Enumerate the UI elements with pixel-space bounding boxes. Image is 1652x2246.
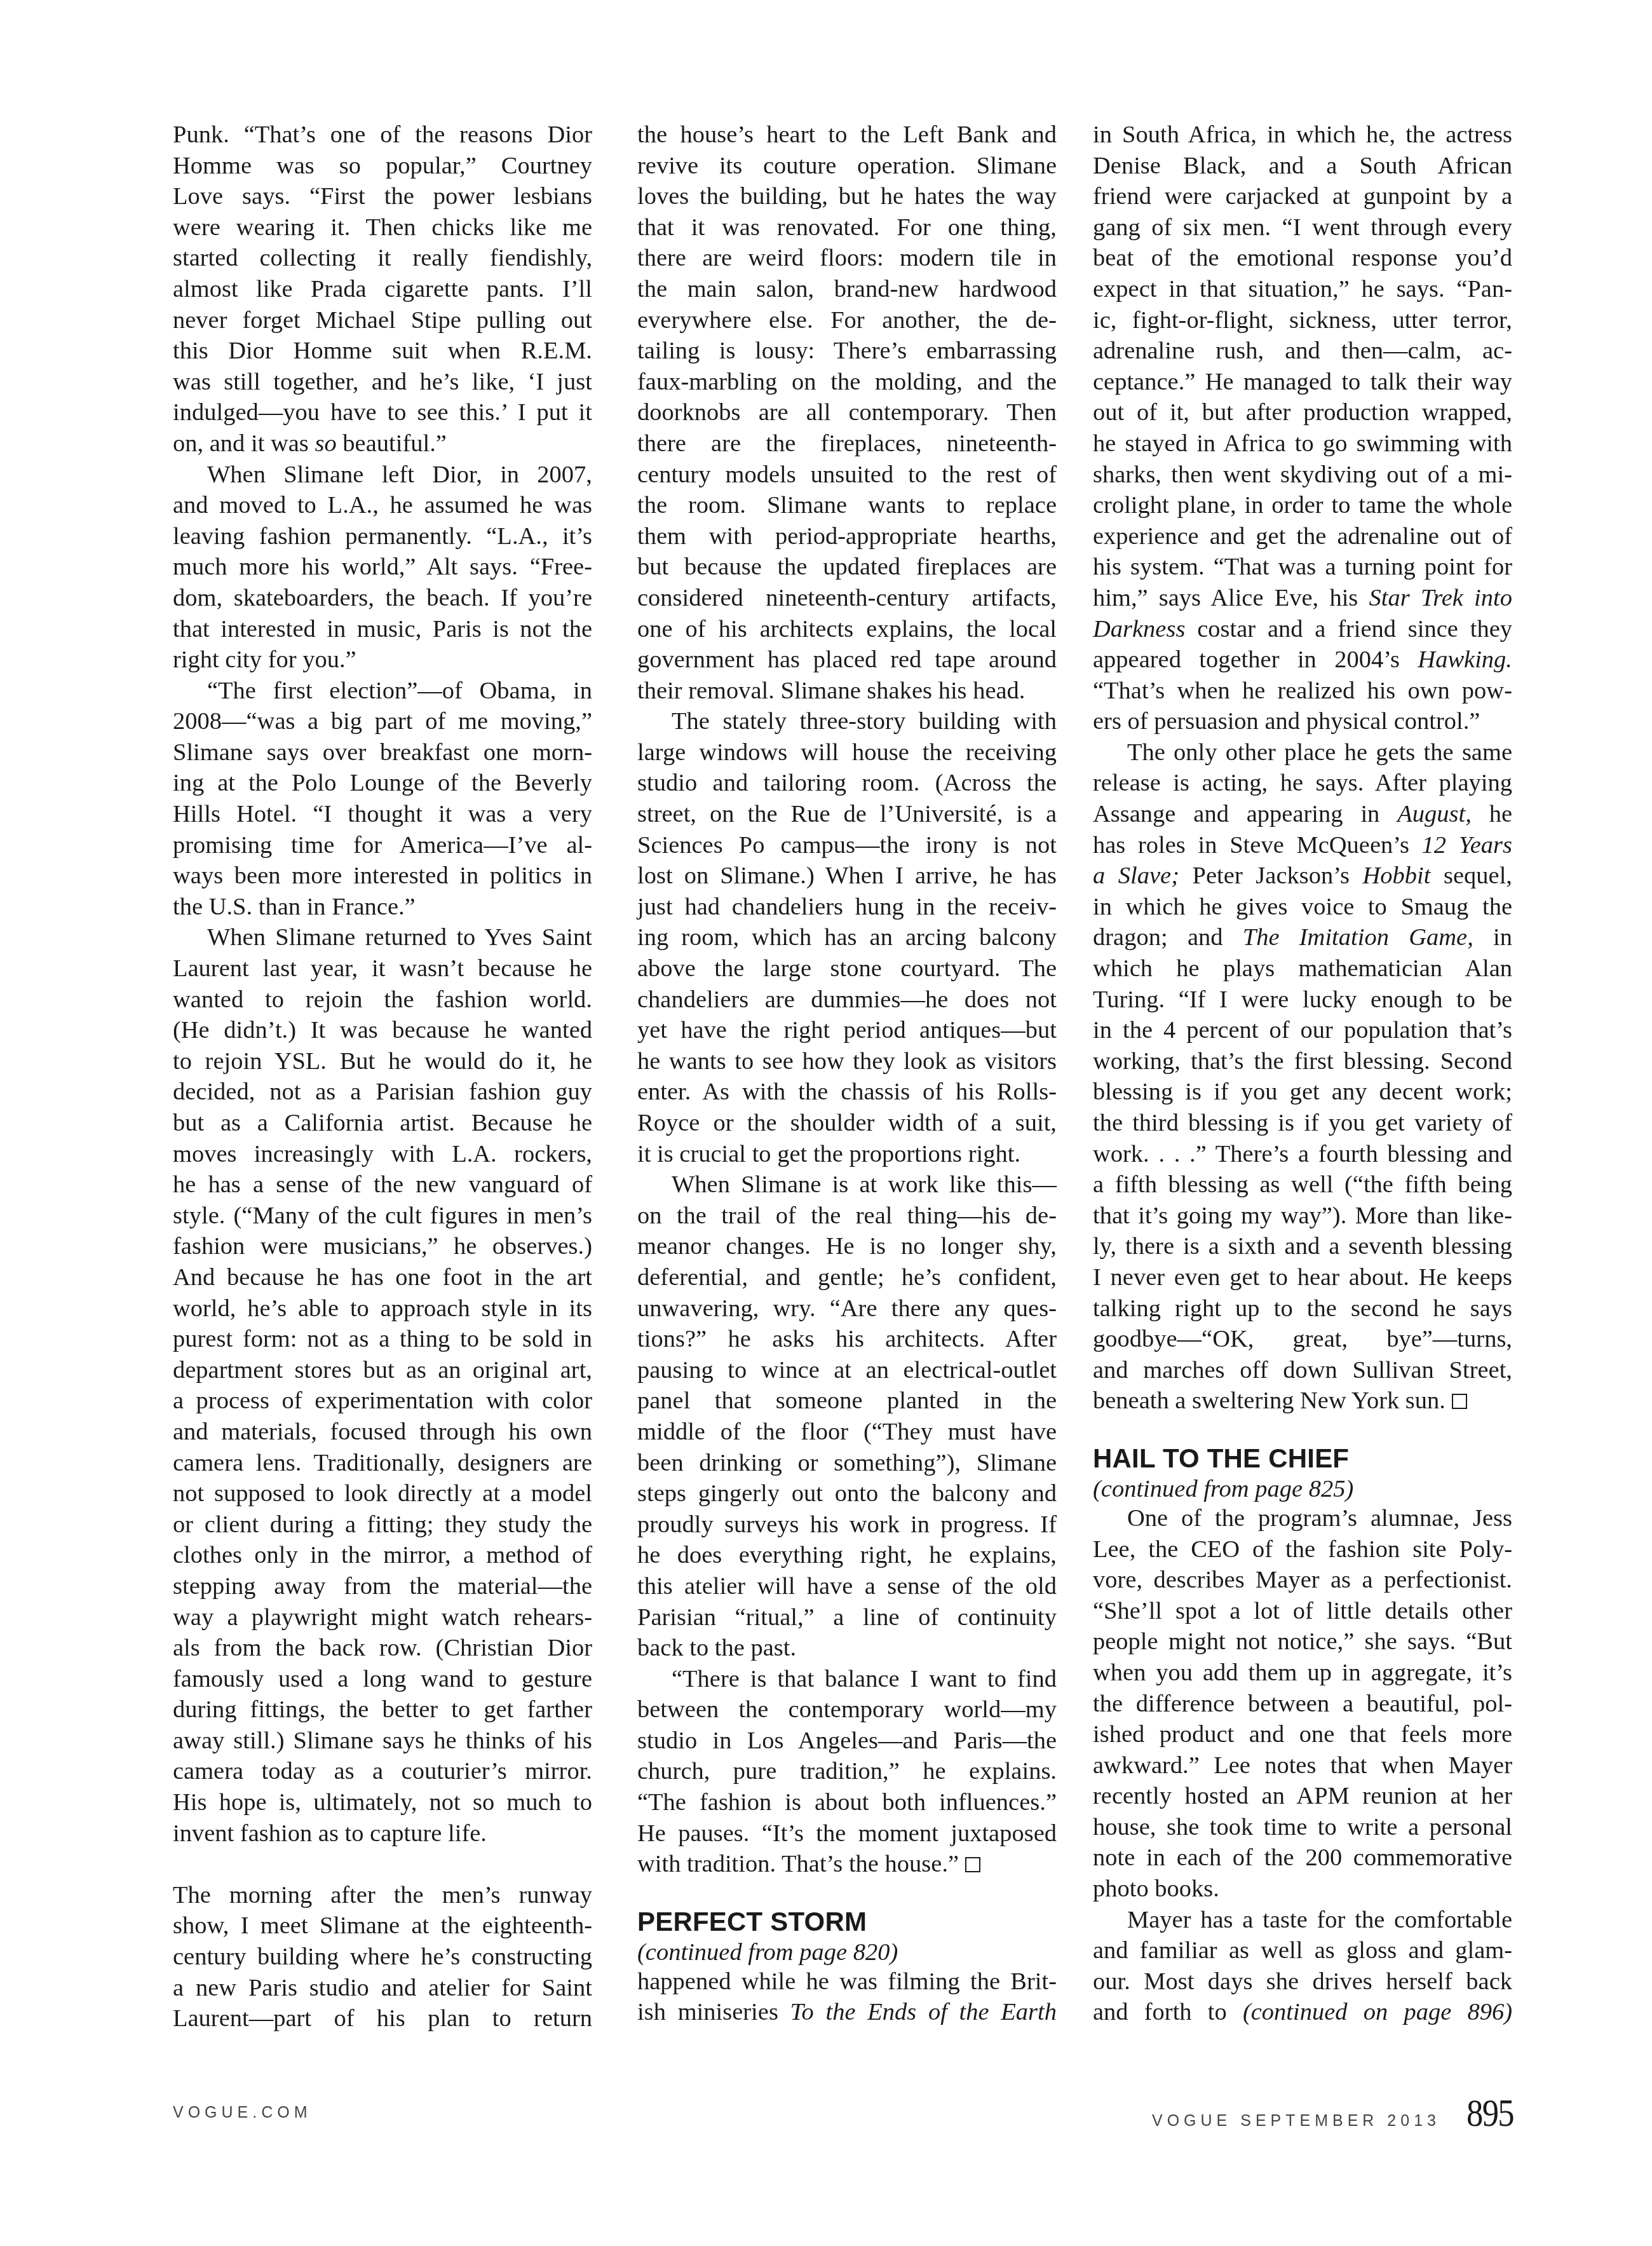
text-line: street, on the Rue de l’Université, is a bbox=[637, 799, 1057, 830]
text-line: lost on Slimane.) When I arrive, he has bbox=[637, 861, 1057, 892]
footer-folio: VOGUE SEPTEMBER 2013 895 bbox=[1152, 2091, 1513, 2136]
text-line: recently hosted an APM reunion at her bbox=[1093, 1781, 1512, 1812]
text-line: and marches off down Sullivan Street, bbox=[1093, 1355, 1512, 1386]
text-line: way a playwright might watch rehears- bbox=[173, 1602, 592, 1633]
text-line: started collecting it really fiendishly, bbox=[173, 243, 592, 274]
text-line: people might not notice,” she says. “But bbox=[1093, 1626, 1512, 1657]
text-line: loves the building, but he hates the way bbox=[637, 181, 1057, 212]
paragraph: happened while he was filming the Brit-i… bbox=[637, 1966, 1057, 2028]
text-line: on, and it was so beautiful.” bbox=[173, 428, 592, 459]
text-line: ing room, which has an arcing balcony bbox=[637, 922, 1057, 953]
text-line: Homme was so popular,” Courtney bbox=[173, 151, 592, 182]
text-line: right city for you.” bbox=[173, 644, 592, 676]
text-line: but because the updated fireplaces are bbox=[637, 552, 1057, 583]
text-line: Turing. “If I were lucky enough to be bbox=[1093, 984, 1512, 1016]
text-line: century models unsuited to the rest of bbox=[637, 459, 1057, 491]
text-line: “She’ll spot a lot of little details oth… bbox=[1093, 1596, 1512, 1627]
text-line: ers of persuasion and physical control.” bbox=[1093, 706, 1512, 737]
text-line: Royce or the shoulder width of a suit, bbox=[637, 1108, 1057, 1139]
text-line: much more his world,” Alt says. “Free- bbox=[173, 552, 592, 583]
text-line: he wants to see how they look as visitor… bbox=[637, 1046, 1057, 1077]
text-line: that it was renovated. For one thing, bbox=[637, 212, 1057, 243]
text-line: sharks, then went skydiving out of a mi- bbox=[1093, 459, 1512, 491]
text-line: photo books. bbox=[1093, 1874, 1512, 1905]
text-line: happened while he was filming the Brit- bbox=[637, 1966, 1057, 1998]
text-line: gang of six men. “I went through every bbox=[1093, 212, 1512, 243]
text-line: studio and tailoring room. (Across the bbox=[637, 768, 1057, 799]
text-line: and forth to (continued on page 896) bbox=[1093, 1997, 1512, 2028]
text-line: there are weird floors: modern tile in bbox=[637, 243, 1057, 274]
continued-from-note: (continued from page 825) bbox=[1093, 1475, 1512, 1503]
text-line: als from the back row. (Christian Dior bbox=[173, 1633, 592, 1664]
paragraph: Mayer has a taste for the comfortableand… bbox=[1093, 1905, 1512, 2028]
text-line: government has placed red tape around bbox=[637, 644, 1057, 676]
text-line: revive its couture operation. Slimane bbox=[637, 151, 1057, 182]
text-line: “That’s when he realized his own pow- bbox=[1093, 676, 1512, 707]
text-line: leaving fashion permanently. “L.A., it’s bbox=[173, 521, 592, 552]
text-line: and familiar as well as gloss and glam- bbox=[1093, 1935, 1512, 1966]
text-line: The only other place he gets the same bbox=[1093, 737, 1512, 768]
text-line: adrenaline rush, and then—calm, ac- bbox=[1093, 336, 1512, 367]
end-of-article-mark-icon bbox=[965, 1857, 980, 1872]
text-line: not supposed to look directly at a model bbox=[173, 1478, 592, 1509]
text-line: the U.S. than in France.” bbox=[173, 892, 592, 923]
text-line: When Slimane returned to Yves Saint bbox=[173, 922, 592, 953]
text-line: ished product and one that feels more bbox=[1093, 1719, 1512, 1750]
text-line: Lee, the CEO of the fashion site Poly- bbox=[1093, 1534, 1512, 1565]
text-line: enter. As with the chassis of his Rolls- bbox=[637, 1077, 1057, 1108]
text-line: doorknobs are all contemporary. Then bbox=[637, 397, 1057, 428]
text-line: goodbye—“OK, great, bye”—turns, bbox=[1093, 1324, 1512, 1355]
text-line: fashion were musicians,” he observes.) bbox=[173, 1231, 592, 1262]
paragraph: the house’s heart to the Left Bank andre… bbox=[637, 119, 1057, 706]
section-heading: HAIL TO THE CHIEF bbox=[1093, 1442, 1512, 1475]
text-line: beat of the emotional response you’d bbox=[1093, 243, 1512, 274]
text-line: His hope is, ultimately, not so much to bbox=[173, 1787, 592, 1818]
text-line: it is crucial to get the proportions rig… bbox=[637, 1139, 1057, 1170]
text-line: (He didn’t.) It was because he wanted bbox=[173, 1015, 592, 1046]
page-number: 895 bbox=[1466, 2091, 1513, 2136]
text-line: but as a California artist. Because he bbox=[173, 1108, 592, 1139]
text-line: release is acting, he says. After playin… bbox=[1093, 768, 1512, 799]
text-line: purest form: not as a thing to be sold i… bbox=[173, 1324, 592, 1355]
text-line: unwavering, wry. “Are there any ques- bbox=[637, 1293, 1057, 1324]
text-line: ways been more interested in politics in bbox=[173, 861, 592, 892]
text-line: note in each of the 200 commemorative bbox=[1093, 1842, 1512, 1874]
text-line: a new Paris studio and atelier for Saint bbox=[173, 1973, 592, 2004]
text-line: has roles in Steve McQueen’s 12 Years bbox=[1093, 830, 1512, 861]
text-line: almost like Prada cigarette pants. I’ll bbox=[173, 274, 592, 305]
text-line: century building where he’s constructing bbox=[173, 1942, 592, 1973]
text-line: a fifth blessing as well (“the fifth bei… bbox=[1093, 1169, 1512, 1201]
paragraph: in South Africa, in which he, the actres… bbox=[1093, 119, 1512, 737]
paragraph: The only other place he gets the samerel… bbox=[1093, 737, 1512, 1417]
text-line: he has a sense of the new vanguard of bbox=[173, 1169, 592, 1201]
paragraph: “There is that balance I want to findbet… bbox=[637, 1664, 1057, 1880]
text-line: When Slimane left Dior, in 2007, bbox=[173, 459, 592, 491]
text-line: back to the past. bbox=[637, 1633, 1057, 1664]
text-line: middle of the floor (“They must have bbox=[637, 1417, 1057, 1448]
text-line: promising time for America—I’ve al- bbox=[173, 830, 592, 861]
continued-from-note: (continued from page 820) bbox=[637, 1938, 1057, 1966]
text-line: our. Most days she drives herself back bbox=[1093, 1966, 1512, 1998]
magazine-page: Punk. “That’s one of the reasons DiorHom… bbox=[0, 0, 1652, 2246]
text-line: above the large stone courtyard. The bbox=[637, 953, 1057, 984]
text-line: Punk. “That’s one of the reasons Dior bbox=[173, 119, 592, 151]
article-column-2: the house’s heart to the Left Bank andre… bbox=[637, 119, 1057, 2028]
text-line: Assange and appearing in August, he bbox=[1093, 799, 1512, 830]
text-line: when you add them up in aggregate, it’s bbox=[1093, 1657, 1512, 1689]
text-line: dragon; and The Imitation Game, in bbox=[1093, 922, 1512, 953]
footer-issue-date: VOGUE SEPTEMBER 2013 bbox=[1152, 2112, 1440, 2130]
text-line: decided, not as a Parisian fashion guy bbox=[173, 1077, 592, 1108]
text-line: stepping away from the material—the bbox=[173, 1571, 592, 1602]
text-line: everywhere else. For another, the de- bbox=[637, 305, 1057, 336]
text-line: in which he gives voice to Smaug the bbox=[1093, 892, 1512, 923]
text-line: in the 4 percent of our population that’… bbox=[1093, 1015, 1512, 1046]
text-line: this atelier will have a sense of the ol… bbox=[637, 1571, 1057, 1602]
text-line: the difference between a beautiful, pol- bbox=[1093, 1689, 1512, 1720]
text-line: he stayed in Africa to go swimming with bbox=[1093, 428, 1512, 459]
text-line: “The fashion is about both influences.” bbox=[637, 1787, 1057, 1818]
text-line: that interested in music, Paris is not t… bbox=[173, 614, 592, 645]
section-heading: PERFECT STORM bbox=[637, 1905, 1057, 1938]
text-line: moves increasingly with L.A. rockers, bbox=[173, 1139, 592, 1170]
text-line: chandeliers are dummies—he does not bbox=[637, 984, 1057, 1016]
text-line: in South Africa, in which he, the actres… bbox=[1093, 119, 1512, 151]
text-line: the main salon, brand-new hardwood bbox=[637, 274, 1057, 305]
text-line: on the trail of the real thing—his de- bbox=[637, 1201, 1057, 1232]
paragraph: The stately three-story building withlar… bbox=[637, 706, 1057, 1169]
text-line: considered nineteenth-century artifacts, bbox=[637, 583, 1057, 614]
text-line: his system. “That was a turning point fo… bbox=[1093, 552, 1512, 583]
text-line: church, pure tradition,” he explains. bbox=[637, 1756, 1057, 1787]
paragraph: The morning after the men’s runwayshow, … bbox=[173, 1880, 592, 2034]
text-line: large windows will house the receiving bbox=[637, 737, 1057, 768]
text-line: world, he’s able to approach style in it… bbox=[173, 1293, 592, 1324]
text-line: one of his architects explains, the loca… bbox=[637, 614, 1057, 645]
text-line: him,” says Alice Eve, his Star Trek into bbox=[1093, 583, 1512, 614]
text-line: wanted to rejoin the fashion world. bbox=[173, 984, 592, 1016]
text-line: the house’s heart to the Left Bank and bbox=[637, 119, 1057, 151]
end-of-article-mark-icon bbox=[1452, 1394, 1467, 1409]
footer-website: VOGUE.COM bbox=[173, 2104, 312, 2122]
text-line: friend were carjacked at gunpoint by a bbox=[1093, 181, 1512, 212]
text-line: awkward.” Lee notes that when Mayer bbox=[1093, 1750, 1512, 1781]
text-line: the room. Slimane wants to replace bbox=[637, 490, 1057, 521]
text-line: vore, describes Mayer as a perfectionist… bbox=[1093, 1565, 1512, 1596]
text-line: with tradition. That’s the house.” bbox=[637, 1849, 1057, 1880]
text-line: or client during a fitting; they study t… bbox=[173, 1509, 592, 1541]
text-line: pausing to wince at an electrical-outlet bbox=[637, 1355, 1057, 1386]
text-line: work. . . .” There’s a fourth blessing a… bbox=[1093, 1139, 1512, 1170]
text-line: working, that’s the first blessing. Seco… bbox=[1093, 1046, 1512, 1077]
text-line: them with period-appropriate hearths, bbox=[637, 521, 1057, 552]
text-line: experience and get the adrenaline out of bbox=[1093, 521, 1512, 552]
text-line: He pauses. “It’s the moment juxtaposed bbox=[637, 1818, 1057, 1849]
text-line: Parisian “ritual,” a line of continuity bbox=[637, 1602, 1057, 1633]
text-line: “The first election”—of Obama, in bbox=[173, 676, 592, 707]
text-line: Love says. “First the power lesbians bbox=[173, 181, 592, 212]
text-line: a process of experimentation with color bbox=[173, 1385, 592, 1417]
text-line: tions?” he asks his architects. After bbox=[637, 1324, 1057, 1355]
text-line: house, she took time to write a personal bbox=[1093, 1812, 1512, 1843]
text-line: ly, there is a sixth and a seventh bless… bbox=[1093, 1231, 1512, 1262]
text-line: deferential, and gentle; he’s confident, bbox=[637, 1262, 1057, 1293]
text-line: indulged—you have to see this.’ I put it bbox=[173, 397, 592, 428]
text-line: expect in that situation,” he says. “Pan… bbox=[1093, 274, 1512, 305]
text-line: Hills Hotel. “I thought it was a very bbox=[173, 799, 592, 830]
text-line: crolight plane, in order to tame the who… bbox=[1093, 490, 1512, 521]
text-line: away still.) Slimane says he thinks of h… bbox=[173, 1725, 592, 1757]
text-line: during fittings, the better to get farth… bbox=[173, 1694, 592, 1725]
paragraph: “The first election”—of Obama, in2008—“w… bbox=[173, 676, 592, 923]
text-line: One of the program’s alumnae, Jess bbox=[1093, 1503, 1512, 1534]
text-line: meanor changes. He is no longer shy, bbox=[637, 1231, 1057, 1262]
text-line: camera lens. Traditionally, designers ar… bbox=[173, 1448, 592, 1479]
text-line: department stores but as an original art… bbox=[173, 1355, 592, 1386]
text-line: talking right up to the second he says bbox=[1093, 1293, 1512, 1324]
text-line: ic, fight-or-flight, sickness, utter ter… bbox=[1093, 305, 1512, 336]
text-line: out of it, but after production wrapped, bbox=[1093, 397, 1512, 428]
text-line: to rejoin YSL. But he would do it, he bbox=[173, 1046, 592, 1077]
text-line: Laurent—part of his plan to return bbox=[173, 2003, 592, 2034]
text-line: their removal. Slimane shakes his head. bbox=[637, 676, 1057, 707]
text-line: clothes only in the mirror, a method of bbox=[173, 1540, 592, 1571]
text-line: was still together, and he’s like, ‘I ju… bbox=[173, 367, 592, 398]
text-line: steps gingerly out onto the balcony and bbox=[637, 1478, 1057, 1509]
text-line: beneath a sweltering New York sun. bbox=[1093, 1385, 1512, 1417]
text-line: style. (“Many of the cult figures in men… bbox=[173, 1201, 592, 1232]
text-line: When Slimane is at work like this— bbox=[637, 1169, 1057, 1201]
text-line: dom, skateboarders, the beach. If you’re bbox=[173, 583, 592, 614]
text-line: that it’s going my way”). More than like… bbox=[1093, 1201, 1512, 1232]
text-line: and materials, focused through his own bbox=[173, 1417, 592, 1448]
paragraph: When Slimane left Dior, in 2007,and move… bbox=[173, 459, 592, 676]
text-line: Slimane says over breakfast one morn- bbox=[173, 737, 592, 768]
text-line: there are the fireplaces, nineteenth- bbox=[637, 428, 1057, 459]
text-line: Sciences Po campus—the irony is not bbox=[637, 830, 1057, 861]
text-line: he does everything right, he explains, bbox=[637, 1540, 1057, 1571]
text-line: yet have the right period antiques—but bbox=[637, 1015, 1057, 1046]
text-line: this Dior Homme suit when R.E.M. bbox=[173, 336, 592, 367]
article-column-3: in South Africa, in which he, the actres… bbox=[1093, 119, 1512, 2028]
text-line: 2008—“was a big part of me moving,” bbox=[173, 706, 592, 737]
text-line: I never even get to hear about. He keeps bbox=[1093, 1262, 1512, 1293]
text-line: faux-marbling on the molding, and the bbox=[637, 367, 1057, 398]
text-line: between the contemporary world—my bbox=[637, 1694, 1057, 1725]
text-line: camera today as a couturier’s mirror. bbox=[173, 1756, 592, 1787]
text-line: Laurent last year, it wasn’t because he bbox=[173, 953, 592, 984]
text-line: studio in Los Angeles—and Paris—the bbox=[637, 1725, 1057, 1757]
text-line: The stately three-story building with bbox=[637, 706, 1057, 737]
text-line: which he plays mathematician Alan bbox=[1093, 953, 1512, 984]
text-line: “There is that balance I want to find bbox=[637, 1664, 1057, 1695]
text-line: tailing is lousy: There’s embarrassing bbox=[637, 336, 1057, 367]
text-line: ish miniseries To the Ends of the Earth bbox=[637, 1997, 1057, 2028]
text-line: famously used a long wand to gesture bbox=[173, 1664, 592, 1695]
text-line: blessing is if you get any decent work; bbox=[1093, 1077, 1512, 1108]
text-line: And because he has one foot in the art bbox=[173, 1262, 592, 1293]
text-line: proudly surveys his work in progress. If bbox=[637, 1509, 1057, 1541]
text-line: show, I meet Slimane at the eighteenth- bbox=[173, 1910, 592, 1942]
text-line: The morning after the men’s runway bbox=[173, 1880, 592, 1911]
text-line: ceptance.” He managed to talk their way bbox=[1093, 367, 1512, 398]
text-line: invent fashion as to capture life. bbox=[173, 1818, 592, 1849]
text-line: Darkness costar and a friend since they bbox=[1093, 614, 1512, 645]
paragraph: Punk. “That’s one of the reasons DiorHom… bbox=[173, 119, 592, 459]
text-line: the third blessing is if you get variety… bbox=[1093, 1108, 1512, 1139]
text-line: just had chandeliers hung in the receiv- bbox=[637, 892, 1057, 923]
text-line: ing at the Polo Lounge of the Beverly bbox=[173, 768, 592, 799]
text-line: were wearing it. Then chicks like me bbox=[173, 212, 592, 243]
paragraph: When Slimane returned to Yves SaintLaure… bbox=[173, 922, 592, 1849]
text-line: Denise Black, and a South African bbox=[1093, 151, 1512, 182]
text-line: never forget Michael Stipe pulling out bbox=[173, 305, 592, 336]
article-column-1: Punk. “That’s one of the reasons DiorHom… bbox=[173, 119, 592, 2034]
text-line: and moved to L.A., he assumed he was bbox=[173, 490, 592, 521]
text-line: Mayer has a taste for the comfortable bbox=[1093, 1905, 1512, 1936]
paragraph: One of the program’s alumnae, JessLee, t… bbox=[1093, 1503, 1512, 1905]
text-line: a Slave; Peter Jackson’s Hobbit sequel, bbox=[1093, 861, 1512, 892]
paragraph: When Slimane is at work like this—on the… bbox=[637, 1169, 1057, 1664]
text-line: panel that someone planted in the bbox=[637, 1385, 1057, 1417]
text-line: been drinking or something”), Slimane bbox=[637, 1448, 1057, 1479]
text-line: appeared together in 2004’s Hawking. bbox=[1093, 644, 1512, 676]
